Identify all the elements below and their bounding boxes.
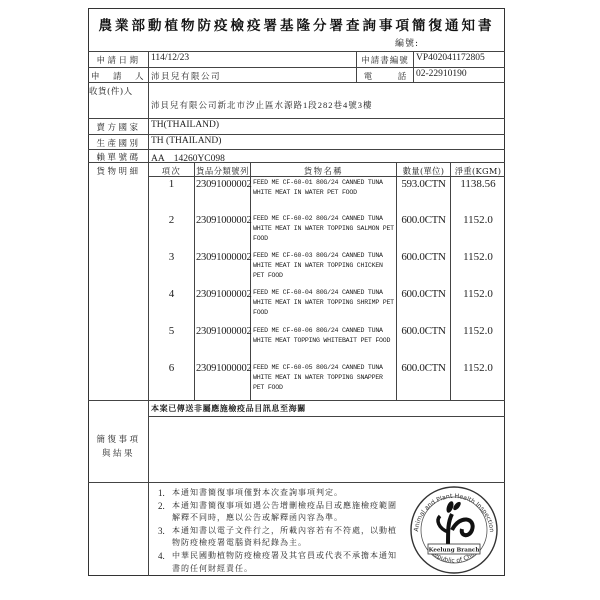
origin: TH (THAILAND) — [151, 136, 221, 146]
reply-label-line1: 簡復事項 — [90, 433, 147, 445]
row-no: 4 — [149, 288, 194, 300]
notes-list: 1. 本通知書簡復事項僅對本次查詢事項判定。 2. 本通知書簡復事項如遇公告增刪… — [158, 487, 398, 575]
row-qty: 600.0CTN — [397, 362, 450, 374]
divider — [88, 482, 505, 483]
divider — [148, 416, 505, 417]
col-header-weight: 淨重(KGM) — [451, 165, 505, 177]
svg-text:Keelung Branch: Keelung Branch — [429, 548, 480, 554]
origin-label: 生產國別 — [90, 137, 147, 149]
seller-country: TH(THAILAND) — [151, 120, 219, 130]
divider — [194, 162, 195, 400]
row-code: 23091000002 — [196, 179, 250, 190]
col-header-qty: 數量(單位) — [397, 165, 450, 177]
row-weight: 1152.0 — [451, 362, 505, 374]
col-header-no: 項次 — [149, 165, 194, 177]
row-no: 3 — [149, 251, 194, 263]
row-no: 6 — [149, 362, 194, 374]
row-name: FEED ME CF-60-06 80G/24 CANNED TUNA WHIT… — [253, 326, 396, 346]
row-code: 23091000002 — [196, 363, 250, 374]
row-no: 5 — [149, 325, 194, 337]
reply-result: 本案已傳送非屬應施檢疫品目訊息至海關 — [151, 403, 306, 414]
row-name: FEED ME CF-60-03 80G/24 CANNED TUNA WHIT… — [253, 251, 396, 281]
row-name: FEED ME CF-60-01 80G/24 CANNED TUNA WHIT… — [253, 178, 396, 198]
seller-country-label: 賣方國家 — [90, 121, 147, 133]
row-qty: 600.0CTN — [397, 251, 450, 263]
row-weight: 1138.56 — [451, 178, 505, 190]
note-item: 2. 本通知書簡復事項如遇公告增刪檢疫品目或應施檢疫範圍解釋不同時，應以公告或解… — [158, 500, 398, 525]
row-code: 23091000002 — [196, 289, 250, 300]
official-seal: Animal and Plant Health Inspection Agenc… — [404, 484, 504, 576]
row-weight: 1152.0 — [451, 288, 505, 300]
note-number: 3. — [158, 525, 172, 550]
row-qty: 593.0CTN — [397, 178, 450, 190]
row-name: FEED ME CF-60-04 80G/24 CANNED TUNA WHIT… — [253, 288, 396, 318]
phone-label: 電 話 — [357, 70, 413, 82]
divider — [88, 400, 505, 401]
application-date-label: 申請日期 — [90, 54, 147, 66]
note-item: 3. 本通知書以電子文件行之，所載內容若有不符處，以動植物防疫檢疫署電腦資料紀錄… — [158, 525, 398, 550]
consignee-label: 收貨(件)人 — [89, 85, 147, 97]
note-text: 本通知書簡復事項僅對本次查詢事項判定。 — [172, 487, 343, 500]
note-number: 1. — [158, 487, 172, 500]
row-name: FEED ME CF-60-02 80G/24 CANNED TUNA WHIT… — [253, 214, 396, 244]
divider — [88, 118, 505, 119]
row-code: 23091000002 — [196, 326, 250, 337]
seal-icon: Animal and Plant Health Inspection Agenc… — [404, 484, 504, 576]
note-number: 4. — [158, 550, 172, 575]
divider — [88, 67, 505, 68]
consignee: 沛貝兒有限公司新北市汐止區水源路1段282巷4號3樓 — [151, 99, 373, 111]
divider — [88, 51, 505, 52]
divider — [148, 51, 149, 576]
application-date: 114/12/23 — [151, 53, 189, 63]
row-qty: 600.0CTN — [397, 288, 450, 300]
document-title: 農業部動植物防疫檢疫署基隆分署查詢事項簡復通知書 — [88, 14, 505, 34]
bl-no: AA 14260YC098 — [151, 150, 225, 164]
row-no: 2 — [149, 214, 194, 226]
row-no: 1 — [149, 178, 194, 190]
divider — [88, 134, 505, 135]
bl-no-label: 賴單號碼 — [90, 151, 147, 163]
note-item: 1. 本通知書簡復事項僅對本次查詢事項判定。 — [158, 487, 398, 500]
applicant: 沛貝兒有限公司 — [151, 70, 221, 82]
divider — [413, 51, 414, 82]
note-text: 中華民國動植物防疫檢疫署及其官員或代表不承擔本通知書的任何財經責任。 — [172, 550, 398, 575]
application-no-label: 申請書編號 — [357, 54, 413, 66]
phone: 02-22910190 — [416, 69, 467, 79]
row-weight: 1152.0 — [451, 214, 505, 226]
row-code: 23091000002 — [196, 215, 250, 226]
goods-label: 貨物明細 — [90, 165, 147, 177]
reply-label-line2: 與結果 — [90, 447, 147, 459]
application-no: VP402041172805 — [416, 53, 485, 63]
divider — [88, 82, 505, 83]
serial-label: 編號: — [395, 36, 419, 49]
row-weight: 1152.0 — [451, 325, 505, 337]
row-qty: 600.0CTN — [397, 214, 450, 226]
note-item: 4. 中華民國動植物防疫檢疫署及其官員或代表不承擔本通知書的任何財經責任。 — [158, 550, 398, 575]
row-qty: 600.0CTN — [397, 325, 450, 337]
col-header-code: 貨品分類號列 — [195, 165, 250, 177]
row-code: 23091000002 — [196, 252, 250, 263]
row-weight: 1152.0 — [451, 251, 505, 263]
note-number: 2. — [158, 500, 172, 525]
col-header-name: 貨物名稱 — [251, 165, 396, 177]
note-text: 本通知書簡復事項如遇公告增刪檢疫品目或應施檢疫範圍解釋不同時，應以公告或解釋函內… — [172, 500, 398, 525]
note-text: 本通知書以電子文件行之，所載內容若有不符處，以動植物防疫檢疫署電腦資料紀錄為主。 — [172, 525, 398, 550]
row-name: FEED ME CF-60-05 80G/24 CANNED TUNA WHIT… — [253, 363, 396, 393]
applicant-label: 申 請 人 — [90, 70, 147, 82]
